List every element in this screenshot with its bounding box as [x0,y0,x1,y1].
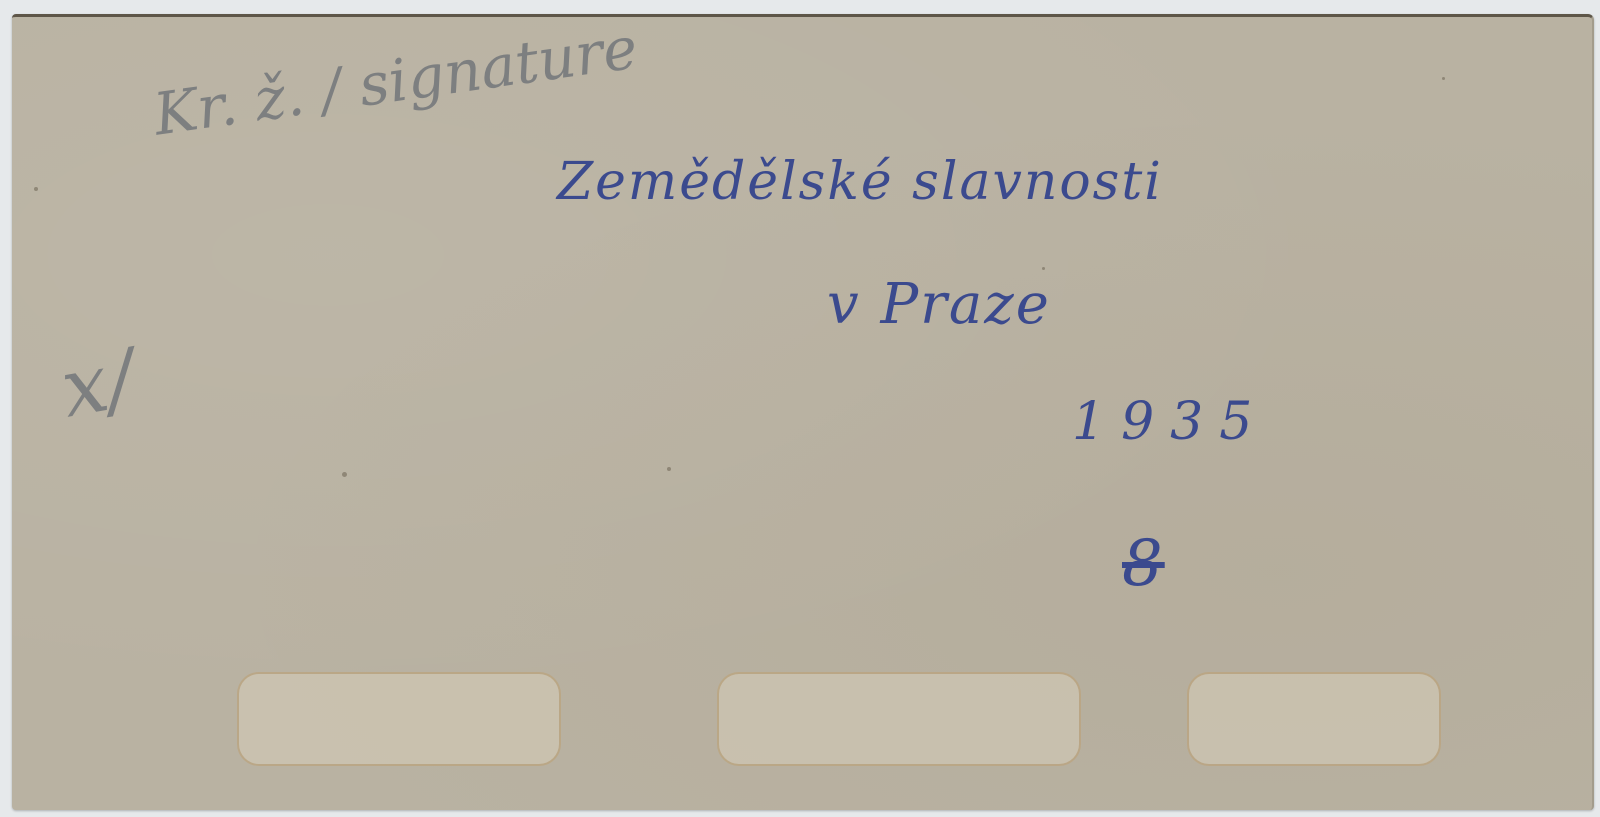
pencil-margin-mark: x/ [54,331,141,435]
paper-speck [34,187,38,191]
paper-speck [342,472,347,477]
paper-speck [667,467,671,471]
inscription-number: 8 [1122,527,1165,601]
paper-speck [1442,77,1445,80]
inscription-line-1: Zemědělské slavnosti [557,152,1163,212]
glue-stain [1187,672,1441,766]
paper-speck [1042,267,1045,270]
glue-stain [717,672,1081,766]
photo-card-back: Kr. ž. / signature x/ Zemědělské slavnos… [12,14,1594,810]
glue-stain [237,672,561,766]
inscription-line-2: v Praze [827,272,1051,337]
pencil-signature: Kr. ž. / signature [150,13,642,148]
glue-stains [237,672,1457,772]
inscription-year: 1935 [1072,392,1268,452]
